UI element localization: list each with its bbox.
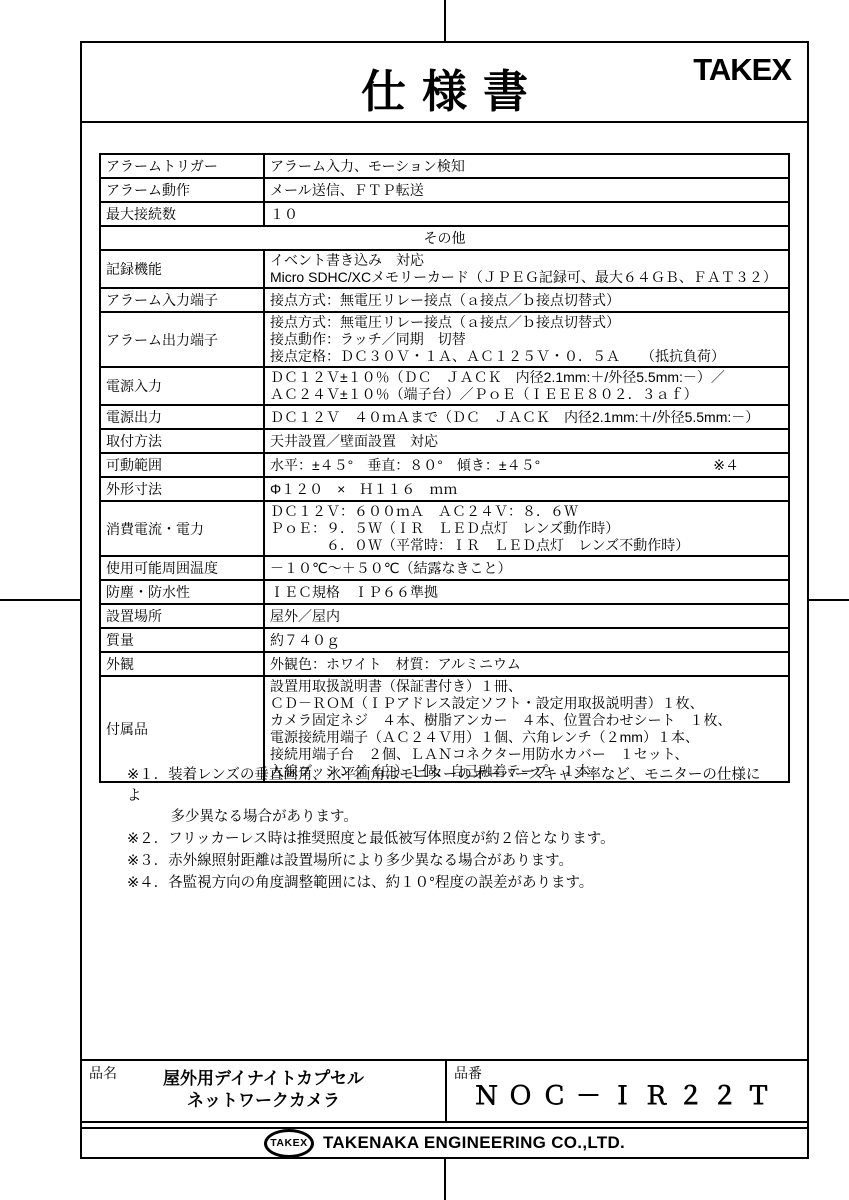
spec-value-line: ＣＤ－ＲＯＭ（ＩＰアドレス設定ソフト・設定用取扱説明書）１枚、	[270, 695, 783, 712]
table-row: アラームトリガーアラーム入力、モーション検知	[100, 154, 789, 178]
spec-value-line: 接点定格：ＤＣ３０Ｖ・１Ａ、ＡＣ１２５Ｖ・０．５Ａ （抵抗負荷）	[270, 348, 783, 365]
spec-label: 設置場所	[100, 604, 264, 628]
note-item: ※２．フリッカーレス時は推奨照度と最低被写体照度が約２倍となります。	[127, 829, 767, 850]
spec-value-line: メール送信、ＦＴＰ転送	[270, 182, 783, 199]
spec-value-text: 水平：±４５° 垂直：８０° 傾き：±４５°	[270, 457, 540, 474]
spec-value-line: １０	[270, 206, 783, 223]
note-item: ※３．赤外線照射距離は設置場所により多少異なる場合があります。	[127, 851, 767, 872]
spec-value: ＩＥＣ規格 ＩＰ６６準拠	[264, 580, 789, 604]
spec-value: 約７４０ｇ	[264, 628, 789, 652]
spec-value-line: 接続用端子台 ２個、ＬＡＮコネクター用防水カバー １セット、	[270, 746, 783, 763]
spec-label: アラーム入力端子	[100, 288, 264, 312]
spec-value-line: ＤＣ１２Ｖ：６００ｍＡ ＡＣ２４Ｖ：８．６Ｗ	[270, 503, 783, 520]
note-item: ※１．装着レンズの垂直画角、水平画角はモニターのオーバースキャン率など、モニター…	[127, 765, 767, 828]
spec-label: アラーム動作	[100, 178, 264, 202]
table-row: 防塵・防水性ＩＥＣ規格 ＩＰ６６準拠	[100, 580, 789, 604]
spec-label: アラーム出力端子	[100, 312, 264, 367]
footer-band: TAKEX TAKENAKA ENGINEERING CO.,LTD.	[82, 1127, 807, 1157]
spec-label: 防塵・防水性	[100, 580, 264, 604]
spec-value-line: ＰｏＥ：９．５Ｗ（ＩＲ ＬＥＤ点灯 レンズ動作時）	[270, 520, 783, 537]
spec-label: 電源出力	[100, 405, 264, 429]
spec-value-line: カメラ固定ネジ ４本、樹脂アンカー ４本、位置合わせシート １枚、	[270, 712, 783, 729]
product-name-line: ネットワークカメラ	[82, 1090, 445, 1112]
spec-value-line: アラーム入力、モーション検知	[270, 158, 783, 175]
header-band: 仕様書 TAKEX	[82, 43, 807, 123]
spec-label: 取付方法	[100, 429, 264, 453]
table-row: 消費電流・電力ＤＣ１２Ｖ：６００ｍＡ ＡＣ２４Ｖ：８．６ＷＰｏＥ：９．５Ｗ（ＩＲ…	[100, 501, 789, 556]
spec-value: 外観色：ホワイト 材質：アルミニウム	[264, 652, 789, 676]
spec-value: －１０℃～＋５０℃（結露なきこと）	[264, 556, 789, 580]
product-number: ＮＯＣ－ＩＲ２２Ｔ	[447, 1061, 807, 1112]
spec-label: アラームトリガー	[100, 154, 264, 178]
spec-value-line: 接点動作：ラッチ／同期 切替	[270, 331, 783, 348]
note-item: ※４．各監視方向の角度調整範囲には、約１０°程度の誤差があります。	[127, 873, 767, 894]
spec-value-line: 約７４０ｇ	[270, 632, 783, 649]
product-name-line: 屋外用デイナイトカプセル	[82, 1068, 445, 1090]
spec-value-line: ＤＣ１２Ｖ ４０ｍＡまで（ＤＣ ＪＡＣＫ 内径2.1mm:＋/外径5.5mm:－…	[270, 409, 783, 426]
title-block: 品名 屋外用デイナイトカプセル ネットワークカメラ 品番 ＮＯＣ－ＩＲ２２Ｔ	[82, 1059, 807, 1123]
spec-label: 可動範囲	[100, 453, 264, 477]
table-row: 質量約７４０ｇ	[100, 628, 789, 652]
spec-value: ＤＣ１２Ｖ±１０％（ＤＣ ＪＡＣＫ 内径2.1mm:＋/外径5.5mm:－）／Ａ…	[264, 367, 789, 405]
product-name-label: 品名	[89, 1063, 117, 1083]
spec-value: 接点方式：無電圧リレー接点（ａ接点／ｂ接点切替式）接点動作：ラッチ／同期 切替接…	[264, 312, 789, 367]
spec-value-line: ６．０Ｗ（平常時：ＩＲ ＬＥＤ点灯 レンズ不動作時）	[270, 537, 783, 554]
spec-label: 質量	[100, 628, 264, 652]
spec-value: １０	[264, 202, 789, 226]
crop-mark-right	[809, 599, 849, 601]
spec-value-line: イベント書き込み 対応	[270, 252, 783, 269]
spec-table-body: アラームトリガーアラーム入力、モーション検知アラーム動作メール送信、ＦＴＰ転送最…	[100, 154, 789, 782]
crop-mark-left	[0, 599, 80, 601]
spec-label: 最大接続数	[100, 202, 264, 226]
spec-value: アラーム入力、モーション検知	[264, 154, 789, 178]
spec-value: 天井設置／壁面設置 対応	[264, 429, 789, 453]
spec-label: 外観	[100, 652, 264, 676]
table-row: 使用可能周囲温度－１０℃～＋５０℃（結露なきこと）	[100, 556, 789, 580]
spec-value-line: －１０℃～＋５０℃（結露なきこと）	[270, 560, 783, 577]
product-name-cell: 品名 屋外用デイナイトカプセル ネットワークカメラ	[82, 1061, 447, 1121]
table-row: 設置場所屋外／屋内	[100, 604, 789, 628]
note-ref: ※４	[713, 457, 783, 474]
table-row: アラーム入力端子接点方式：無電圧リレー接点（ａ接点／ｂ接点切替式）	[100, 288, 789, 312]
spec-value: イベント書き込み 対応Micro SDHC/XCメモリーカード（ＪＰＥＧ記録可、…	[264, 250, 789, 288]
table-row: 可動範囲水平：±４５° 垂直：８０° 傾き：±４５°※４	[100, 453, 789, 477]
spec-value-line: ＡＣ２４Ｖ±１０％（端子台）／ＰｏＥ（ＩＥＥＥ８０２．３ａｆ）	[270, 386, 783, 403]
table-row: アラーム動作メール送信、ＦＴＰ転送	[100, 178, 789, 202]
table-row: 記録機能イベント書き込み 対応Micro SDHC/XCメモリーカード（ＪＰＥＧ…	[100, 250, 789, 288]
drawing-frame: 仕様書 TAKEX アラームトリガーアラーム入力、モーション検知アラーム動作メー…	[80, 41, 809, 1159]
table-row: 電源出力ＤＣ１２Ｖ ４０ｍＡまで（ＤＣ ＪＡＣＫ 内径2.1mm:＋/外径5.5…	[100, 405, 789, 429]
spec-value-line: 接点方式：無電圧リレー接点（ａ接点／ｂ接点切替式）	[270, 292, 783, 309]
company-name: TAKENAKA ENGINEERING CO.,LTD.	[323, 1133, 625, 1153]
table-row: アラーム出力端子接点方式：無電圧リレー接点（ａ接点／ｂ接点切替式）接点動作：ラッ…	[100, 312, 789, 367]
spec-value-line: Φ１２０ × Ｈ１１６ ｍｍ	[270, 481, 783, 498]
table-row: 最大接続数１０	[100, 202, 789, 226]
spec-sheet-page: 仕様書 TAKEX アラームトリガーアラーム入力、モーション検知アラーム動作メー…	[0, 0, 849, 1200]
spec-value-line: 接点方式：無電圧リレー接点（ａ接点／ｂ接点切替式）	[270, 314, 783, 331]
spec-value-line: 電源接続用端子（ＡＣ２４Ｖ用）１個、六角レンチ（２mm）１本、	[270, 729, 783, 746]
crop-mark-bottom	[444, 1159, 446, 1200]
spec-value-line: 外観色：ホワイト 材質：アルミニウム	[270, 656, 783, 673]
notes-list: ※１．装着レンズの垂直画角、水平画角はモニターのオーバースキャン率など、モニター…	[127, 765, 767, 895]
product-number-cell: 品番 ＮＯＣ－ＩＲ２２Ｔ	[447, 1061, 807, 1121]
takex-oval-logo: TAKEX	[264, 1129, 314, 1158]
spec-value: ＤＣ１２Ｖ ４０ｍＡまで（ＤＣ ＪＡＣＫ 内径2.1mm:＋/外径5.5mm:－…	[264, 405, 789, 429]
product-number-label: 品番	[454, 1063, 482, 1083]
crop-mark-top	[444, 0, 446, 41]
spec-label: 消費電流・電力	[100, 501, 264, 556]
spec-label: 記録機能	[100, 250, 264, 288]
spec-value-line: 水平：±４５° 垂直：８０° 傾き：±４５°※４	[270, 457, 783, 474]
takex-brand-logo: TAKEX	[693, 52, 791, 88]
spec-value: 屋外／屋内	[264, 604, 789, 628]
spec-table: アラームトリガーアラーム入力、モーション検知アラーム動作メール送信、ＦＴＰ転送最…	[99, 153, 790, 783]
spec-value: 水平：±４５° 垂直：８０° 傾き：±４５°※４	[264, 453, 789, 477]
spec-label: 使用可能周囲温度	[100, 556, 264, 580]
spec-value: Φ１２０ × Ｈ１１６ ｍｍ	[264, 477, 789, 501]
table-row: その他	[100, 226, 789, 250]
table-row: 取付方法天井設置／壁面設置 対応	[100, 429, 789, 453]
product-name: 屋外用デイナイトカプセル ネットワークカメラ	[82, 1061, 445, 1112]
table-row: 外形寸法Φ１２０ × Ｈ１１６ ｍｍ	[100, 477, 789, 501]
spec-value: ＤＣ１２Ｖ：６００ｍＡ ＡＣ２４Ｖ：８．６ＷＰｏＥ：９．５Ｗ（ＩＲ ＬＥＤ点灯 …	[264, 501, 789, 556]
spec-value-line: 設置用取扱説明書（保証書付き）１冊、	[270, 678, 783, 695]
spec-value: 接点方式：無電圧リレー接点（ａ接点／ｂ接点切替式）	[264, 288, 789, 312]
table-row: 電源入力ＤＣ１２Ｖ±１０％（ＤＣ ＪＡＣＫ 内径2.1mm:＋/外径5.5mm:…	[100, 367, 789, 405]
table-row: 外観外観色：ホワイト 材質：アルミニウム	[100, 652, 789, 676]
spec-value: メール送信、ＦＴＰ転送	[264, 178, 789, 202]
spec-value-line: Micro SDHC/XCメモリーカード（ＪＰＥＧ記録可、最大６４ＧＢ、ＦＡＴ３…	[270, 269, 783, 286]
spec-value-line: ＩＥＣ規格 ＩＰ６６準拠	[270, 584, 783, 601]
spec-label: 外形寸法	[100, 477, 264, 501]
spec-value-line: ＤＣ１２Ｖ±１０％（ＤＣ ＪＡＣＫ 内径2.1mm:＋/外径5.5mm:－）／	[270, 369, 783, 386]
spec-label: 電源入力	[100, 367, 264, 405]
section-header-cell: その他	[100, 226, 789, 250]
spec-value-line: 屋外／屋内	[270, 608, 783, 625]
spec-value-line: 天井設置／壁面設置 対応	[270, 433, 783, 450]
